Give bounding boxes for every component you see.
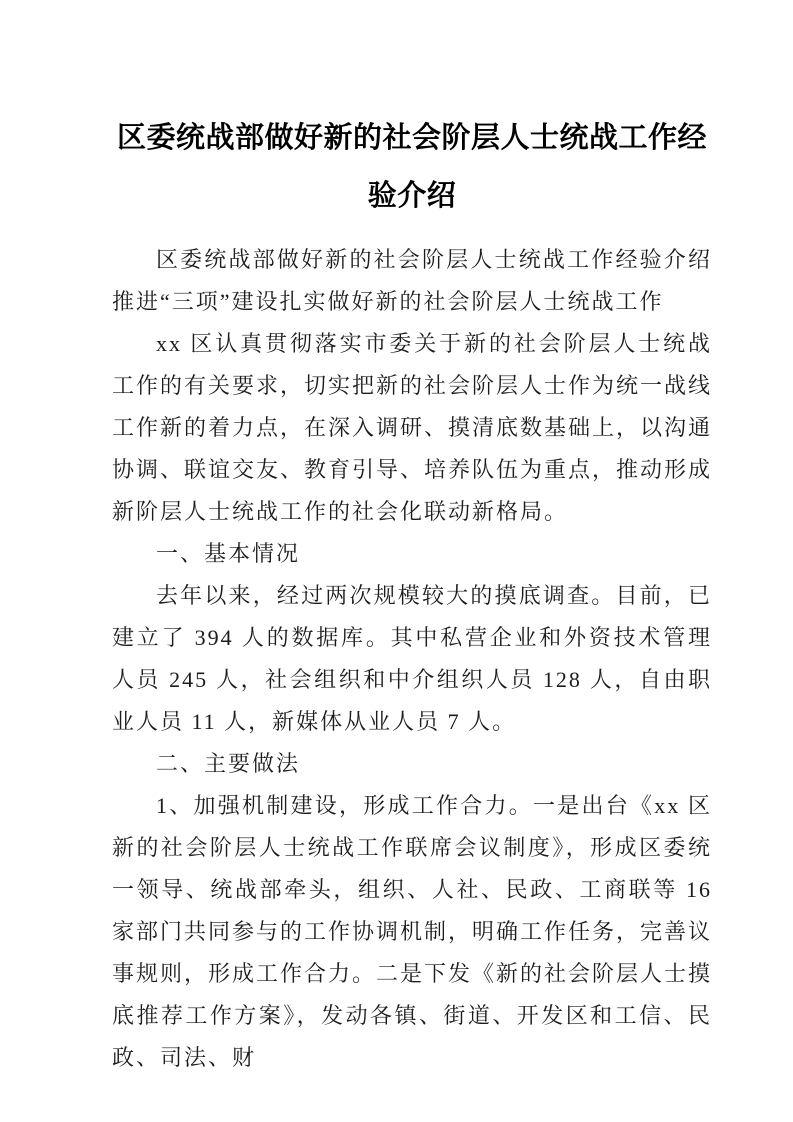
body-paragraph: xx 区认真贯彻落实市委关于新的社会阶层人士统战工作的有关要求，切实把新的社会阶… — [112, 323, 712, 533]
body-paragraph: 1、加强机制建设，形成工作合力。一是出台《xx 区新的社会阶层人士统战工作联席会… — [112, 785, 712, 1079]
document-page: 区委统战部做好新的社会阶层人士统战工作经验介绍 区委统战部做好新的社会阶层人士统… — [0, 0, 793, 1122]
section-heading: 一、基本情况 — [112, 533, 712, 575]
document-body: 区委统战部做好新的社会阶层人士统战工作经验介绍推进“三项”建设扎实做好新的社会阶… — [112, 239, 712, 1079]
section-heading: 二、主要做法 — [112, 743, 712, 785]
document-title: 区委统战部做好新的社会阶层人士统战工作经验介绍 — [112, 109, 712, 225]
body-paragraph: 去年以来，经过两次规模较大的摸底调查。目前，已建立了 394 人的数据库。其中私… — [112, 575, 712, 743]
body-paragraph: 区委统战部做好新的社会阶层人士统战工作经验介绍推进“三项”建设扎实做好新的社会阶… — [112, 239, 712, 323]
